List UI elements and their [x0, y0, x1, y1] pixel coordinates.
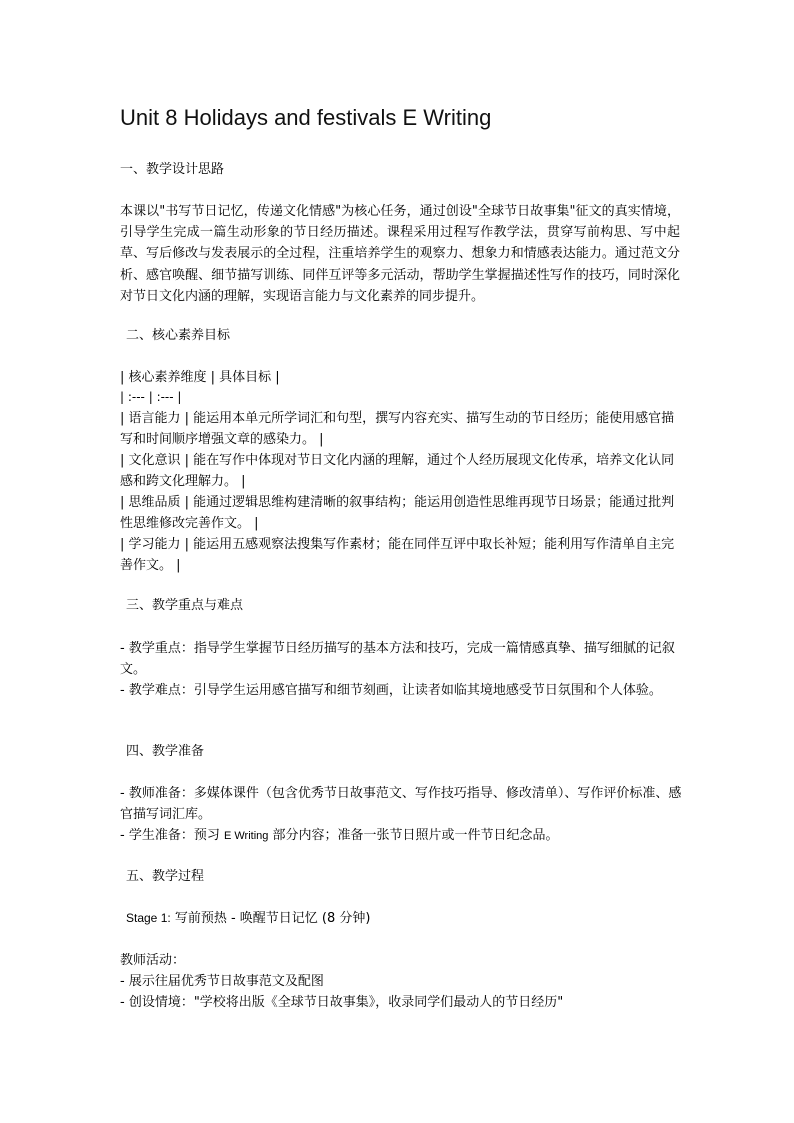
goals-table-align: | :--- | :--- | [120, 387, 682, 408]
key-point-difficulty: - 教学难点：引导学生运用感官描写和细节刻画，让读者如临其境地感受节日氛围和个人… [120, 680, 682, 701]
preparation-student-suffix: 部分内容；准备一张节日照片或一件节日纪念品。 [268, 828, 558, 843]
stage-title: 写前预热 - 唤醒节日记忆 (8 分钟) [171, 911, 371, 926]
goals-table-header: | 核心素养维度 | 具体目标 | [120, 367, 682, 388]
section-heading-design: 一、教学设计思路 [120, 160, 224, 180]
preparation-student-prefix: - 学生准备：预习 [120, 828, 224, 843]
goals-row-learning: | 学习能力 | 能运用五感观察法搜集写作素材；能在同伴互评中取长补短；能利用写… [120, 534, 682, 576]
stage-label: Stage 1: [126, 911, 171, 925]
preparation-teacher: - 教师准备：多媒体课件（包含优秀节日故事范文、写作技巧指导、修改清单）、写作评… [120, 783, 682, 825]
teacher-activity-label: 教师活动： [120, 950, 682, 971]
section-heading-preparation: 四、教学准备 [126, 742, 204, 762]
preparation-student-latin: E Writing [224, 830, 268, 842]
goals-row-language: | 语言能力 | 能运用本单元所学词汇和句型，撰写内容充实、描写生动的节日经历；… [120, 408, 682, 450]
document-title: Unit 8 Holidays and festivals E Writing [120, 103, 491, 133]
section-heading-goals: 二、核心素养目标 [126, 326, 230, 346]
goals-row-thinking: | 思维品质 | 能通过逻辑思维构建清晰的叙事结构；能运用创造性思维再现节日场景… [120, 492, 682, 534]
document-page: Unit 8 Holidays and festivals E Writing … [0, 0, 794, 1123]
activity-item: - 创设情境："学校将出版《全球节日故事集》，收录同学们最动人的节日经历" [120, 992, 682, 1013]
section-heading-key-points: 三、教学重点与难点 [126, 596, 243, 616]
activity-item: - 展示往届优秀节日故事范文及配图 [120, 971, 682, 992]
stage-1-heading: Stage 1: 写前预热 - 唤醒节日记忆 (8 分钟) [126, 908, 370, 929]
section-heading-process: 五、教学过程 [126, 867, 204, 887]
design-paragraph: 本课以"书写节日记忆，传递文化情感"为核心任务，通过创设"全球节日故事集"征文的… [120, 201, 680, 307]
key-point-focus: - 教学重点：指导学生掌握节日经历描写的基本方法和技巧，完成一篇情感真挚、描写细… [120, 638, 682, 680]
goals-row-culture: | 文化意识 | 能在写作中体现对节日文化内涵的理解，通过个人经历展现文化传承，… [120, 450, 682, 492]
preparation-student: - 学生准备：预习 E Writing 部分内容；准备一张节日照片或一件节日纪念… [120, 825, 682, 847]
